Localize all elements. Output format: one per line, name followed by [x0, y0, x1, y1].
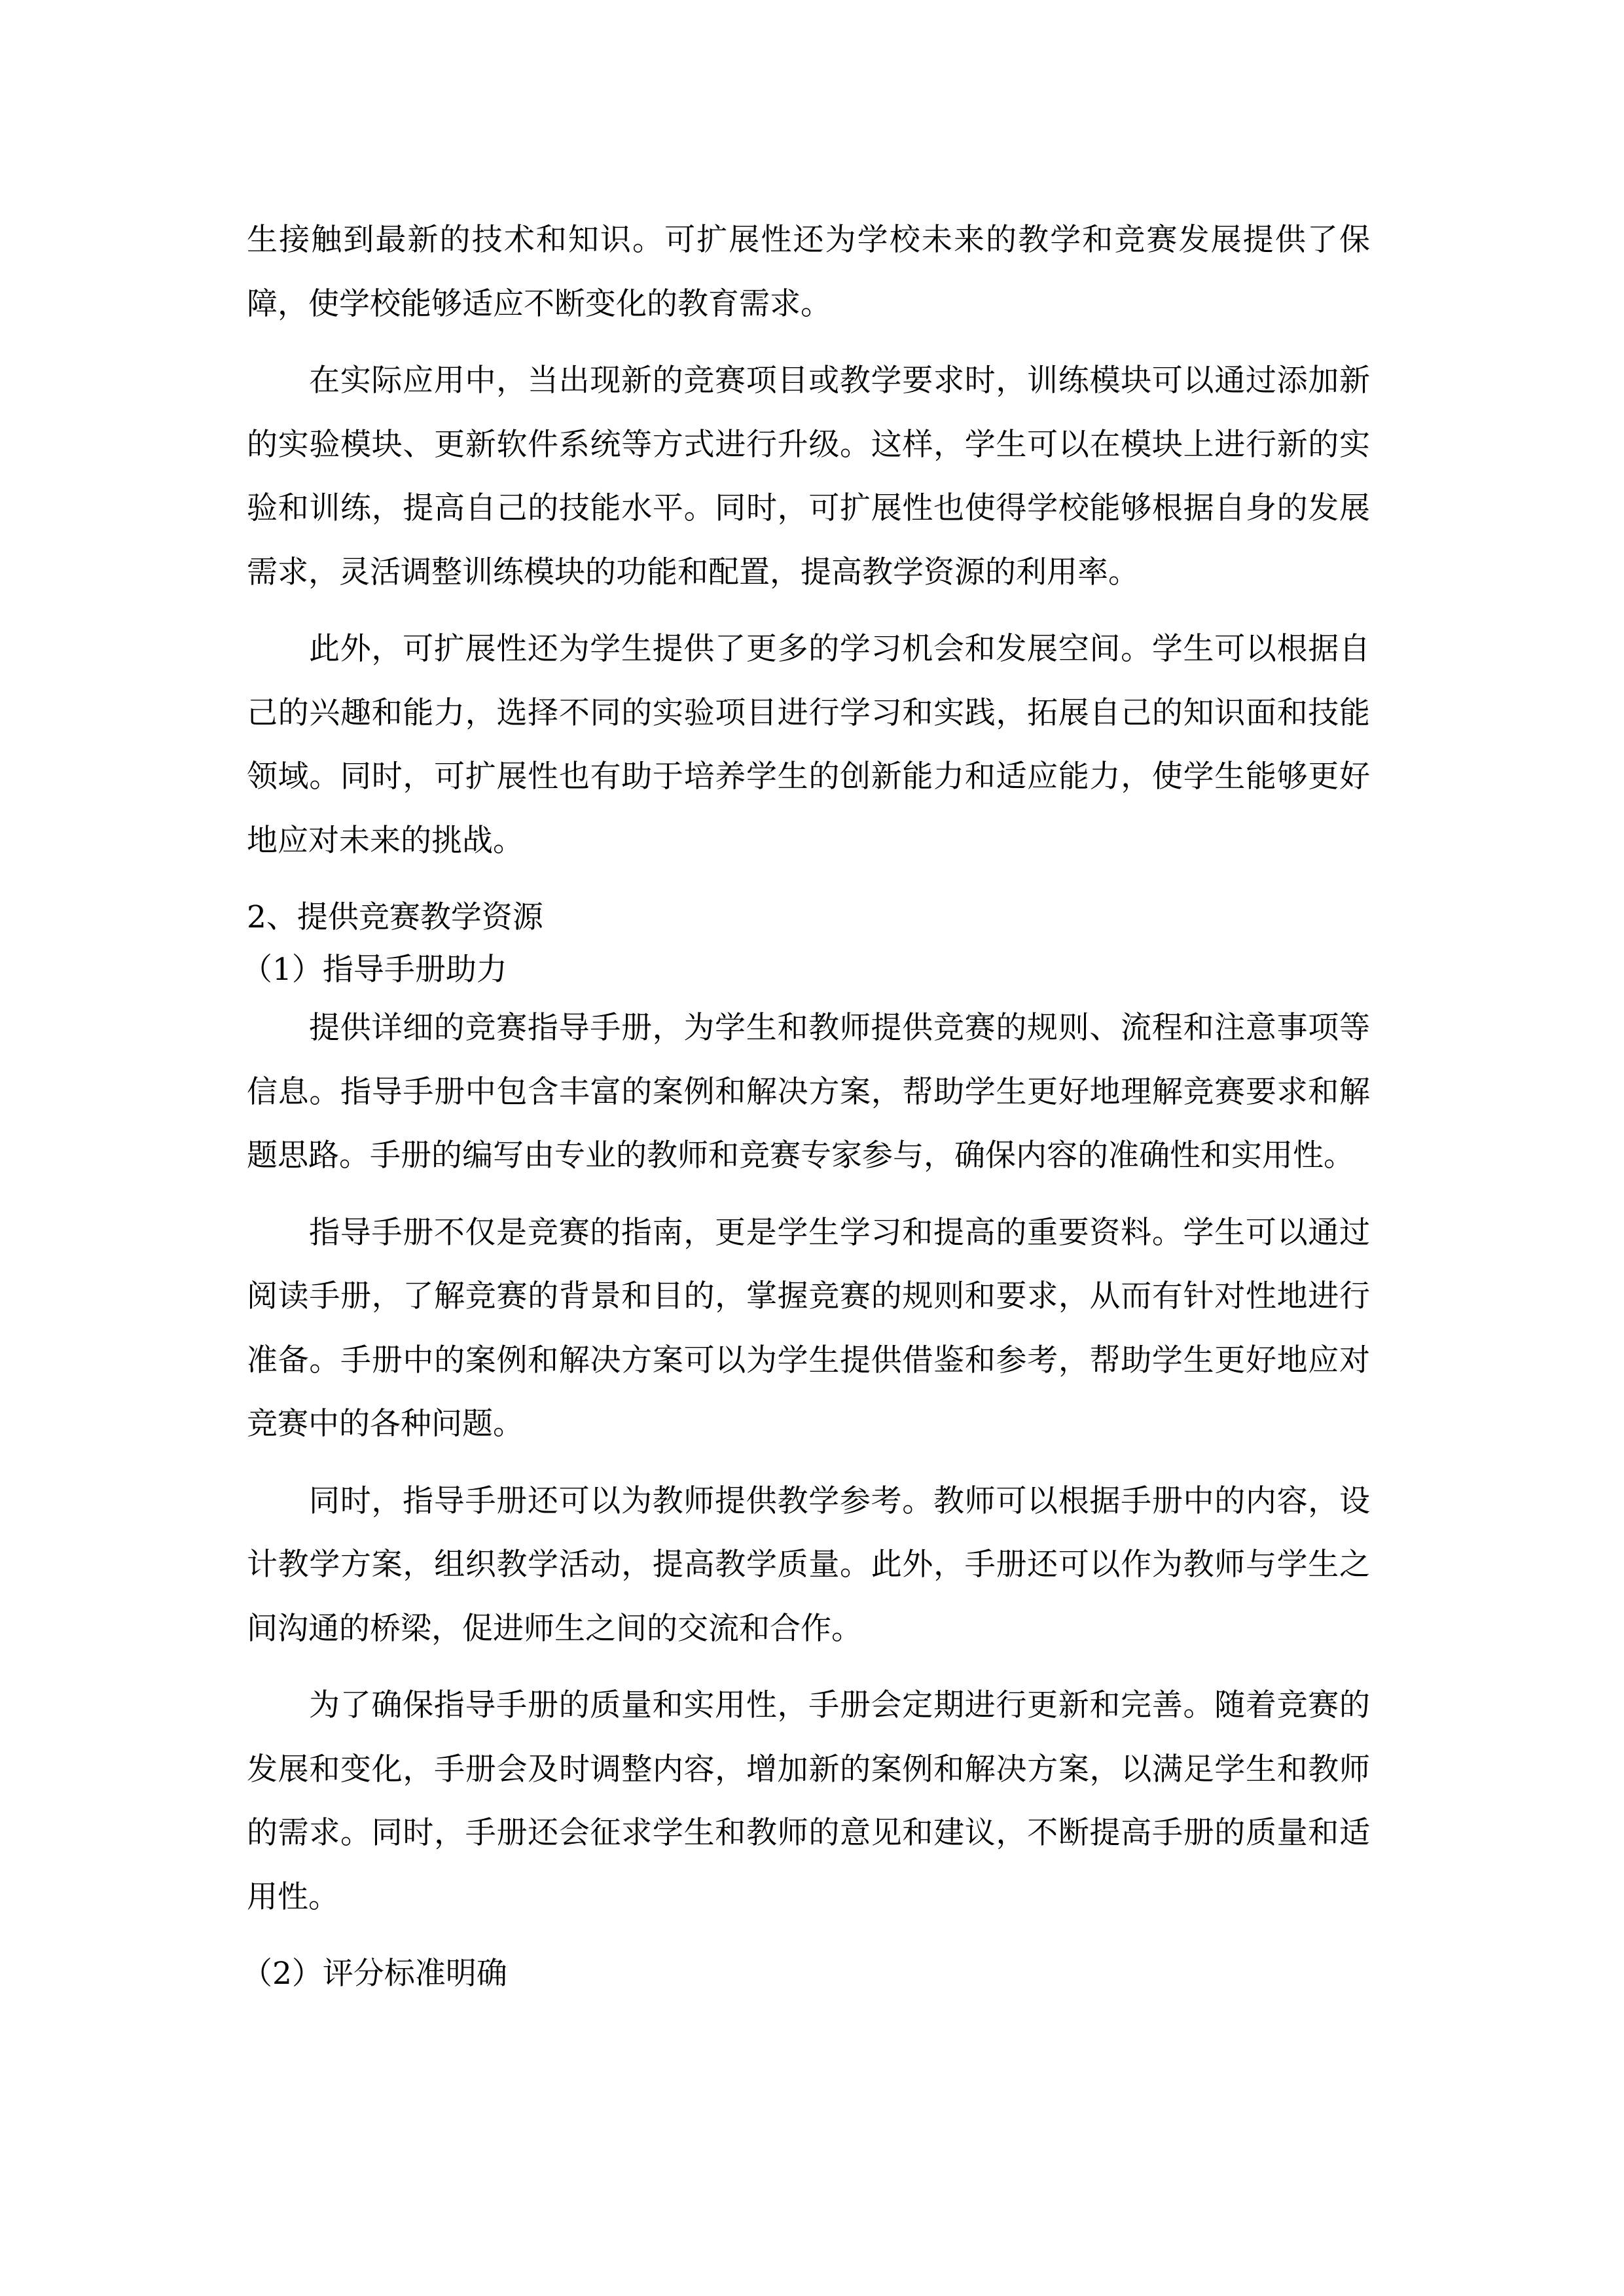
- subsection-heading-scoring-criteria: （2）评分标准明确: [242, 1942, 1370, 2006]
- paragraph-guide-manual-updates: 为了确保指导手册的质量和实用性，手册会定期进行更新和完善。随着竞赛的发展和变化，…: [247, 1674, 1370, 1929]
- paragraph-scalability-application: 在实际应用中，当出现新的竞赛项目或教学要求时，训练模块可以通过添加新的实验模块、…: [247, 349, 1370, 604]
- paragraph-guide-manual-teachers: 同时，指导手册还可以为教师提供教学参考。教师可以根据手册中的内容，设计教学方案，…: [247, 1469, 1370, 1661]
- document-page: 生接触到最新的技术和知识。可扩展性还为学校未来的教学和竞赛发展提供了保障，使学校…: [247, 208, 1370, 2001]
- paragraph-guide-manual-intro: 提供详细的竞赛指导手册，为学生和教师提供竞赛的规则、流程和注意事项等信息。指导手…: [247, 996, 1370, 1188]
- subsection-heading-guide-manual: （1）指导手册助力: [242, 938, 1370, 1002]
- paragraph-scalability-students: 此外，可扩展性还为学生提供了更多的学习机会和发展空间。学生可以根据自己的兴趣和能…: [247, 617, 1370, 872]
- paragraph-continuation: 生接触到最新的技术和知识。可扩展性还为学校未来的教学和竞赛发展提供了保障，使学校…: [247, 208, 1370, 336]
- paragraph-guide-manual-students: 指导手册不仅是竞赛的指南，更是学生学习和提高的重要资料。学生可以通过阅读手册，了…: [247, 1201, 1370, 1456]
